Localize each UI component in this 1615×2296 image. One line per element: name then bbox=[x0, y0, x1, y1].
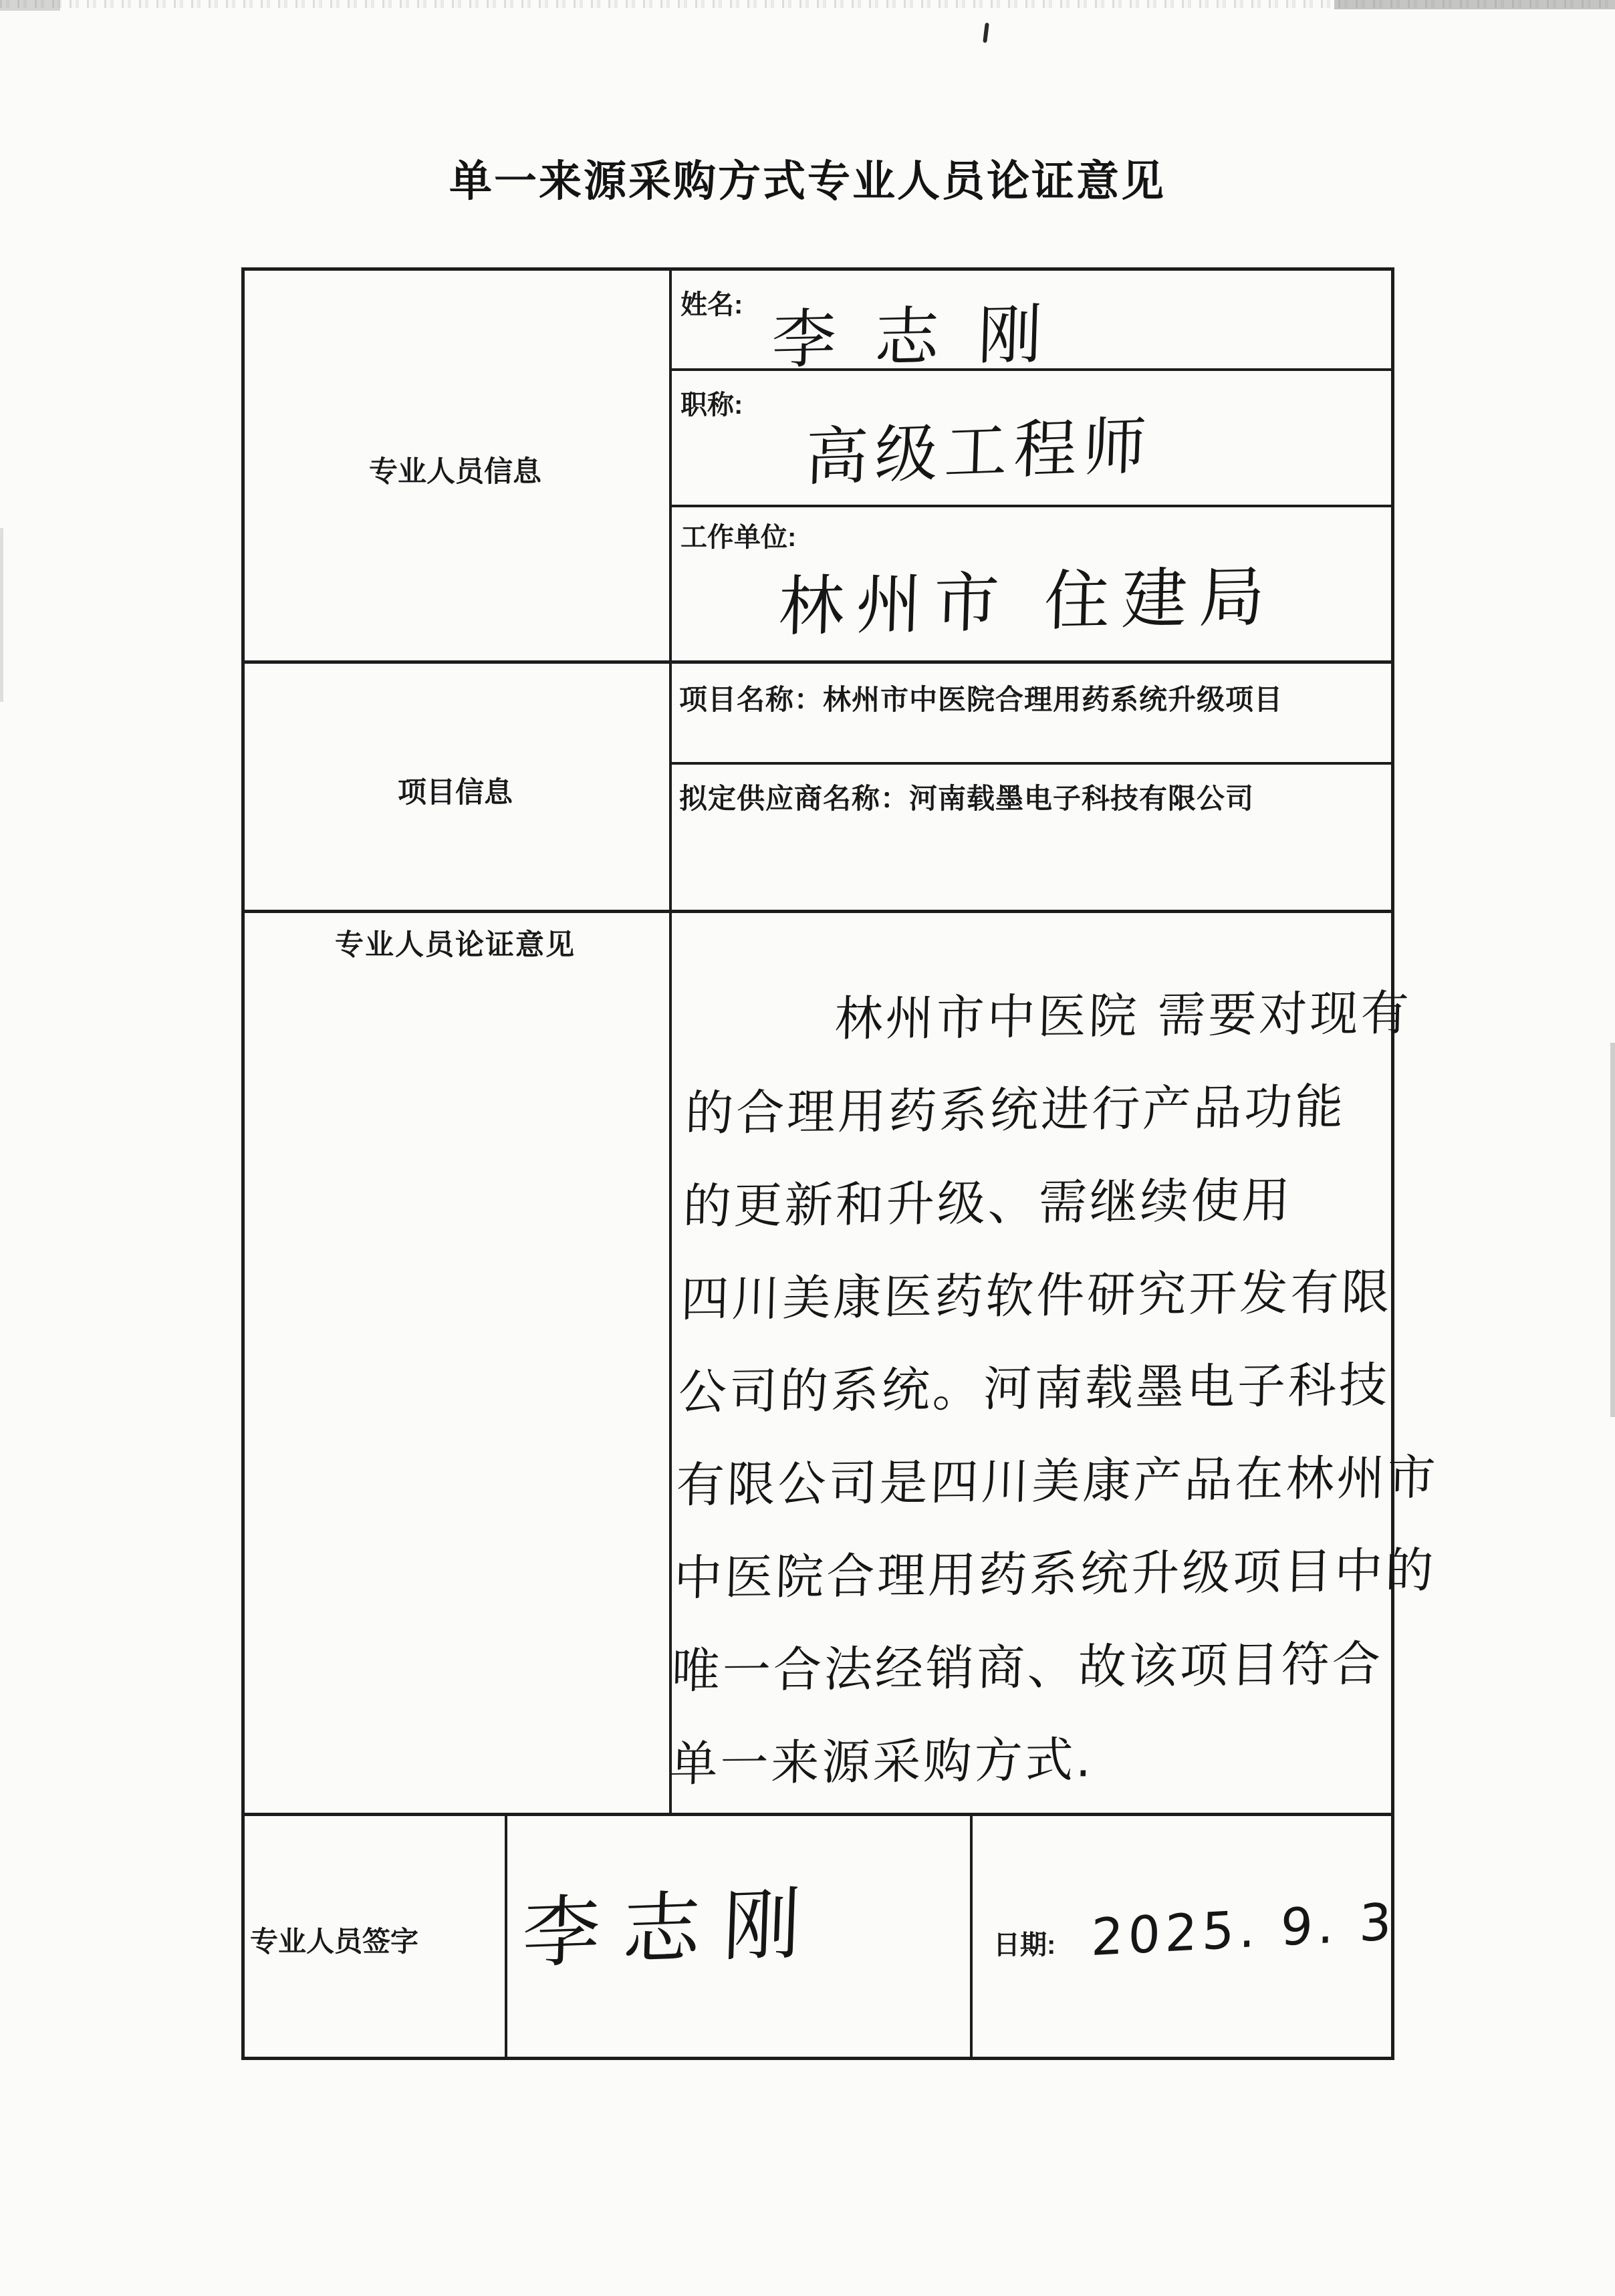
project-name-line: 项目名称：林州市中医院合理用药系统升级项目 bbox=[679, 678, 1388, 718]
supplier-value: 河南载墨电子科技有限公司 bbox=[909, 783, 1254, 814]
divider-opinion-signature bbox=[241, 1813, 1394, 1816]
divider-signature-label-cell bbox=[505, 1813, 507, 2060]
scan-artifact-top-left-smudge bbox=[0, 0, 60, 11]
opinion-handwritten-text: 林州市中医院 需要对现有 的合理用药系统进行产品功能 的更新和升级、需继续使用 … bbox=[668, 967, 1411, 1811]
opinion-line: 唯一合法经销商、故该项目符合 bbox=[670, 1617, 1394, 1717]
divider-personnel-project bbox=[241, 660, 1394, 664]
document-title: 单一来源采购方式专业人员论证意见 bbox=[0, 147, 1615, 209]
project-section-label: 项目信息 bbox=[241, 770, 669, 811]
divider-projectname-supplier bbox=[670, 762, 1394, 765]
project-name-value: 林州市中医院合理用药系统升级项目 bbox=[823, 684, 1283, 715]
scan-artifact-right-streak bbox=[1610, 1043, 1615, 1417]
opinion-line: 的更新和升级、需继续使用 bbox=[682, 1152, 1406, 1253]
supplier-line: 拟定供应商名称：河南载墨电子科技有限公司 bbox=[679, 777, 1388, 817]
workunit-field-label: 工作单位: bbox=[680, 516, 796, 554]
opinion-line: 有限公司是四川美康产品在林州市 bbox=[675, 1431, 1399, 1531]
name-field-label: 姓名: bbox=[680, 283, 743, 322]
opinion-line: 中医院合理用药系统升级项目中的 bbox=[673, 1524, 1397, 1624]
date-field-label: 日期: bbox=[993, 1924, 1055, 1962]
divider-jobtitle-workunit bbox=[670, 505, 1394, 507]
opinion-line: 林州市中医院 需要对现有 bbox=[687, 967, 1410, 1067]
scanned-form-page: 单一来源采购方式专业人员论证意见 专业人员信息 姓名: 李志刚 职称: 高级工程… bbox=[0, 0, 1615, 2296]
divider-signature-date-cell bbox=[970, 1813, 973, 2060]
divider-main-column bbox=[669, 267, 672, 1815]
scan-artifact-left-streak bbox=[0, 528, 3, 702]
jobtitle-handwritten-value: 高级工程师 bbox=[804, 395, 1154, 497]
opinion-section-label: 专业人员论证意见 bbox=[248, 922, 662, 963]
scan-artifact-top-right-smudge bbox=[1334, 0, 1615, 9]
opinion-line: 公司的系统。河南载墨电子科技 bbox=[677, 1338, 1401, 1438]
name-handwritten-value: 李志刚 bbox=[771, 283, 1082, 381]
signature-field-label: 专业人员签字 bbox=[250, 1920, 504, 1960]
scan-artifact-ink-tick bbox=[983, 23, 989, 43]
opinion-line: 单一来源采购方式. bbox=[668, 1710, 1392, 1810]
signature-handwritten-value: 李志刚 bbox=[521, 1861, 826, 1983]
workunit-handwritten-value: 林州市 住建局 bbox=[777, 544, 1278, 649]
personnel-section-label: 专业人员信息 bbox=[241, 449, 669, 490]
opinion-line: 四川美康医药软件研究开发有限 bbox=[680, 1245, 1404, 1346]
project-name-label: 项目名称： bbox=[679, 684, 823, 715]
jobtitle-field-label: 职称: bbox=[680, 384, 743, 422]
opinion-line: 的合理用药系统进行产品功能 bbox=[685, 1059, 1408, 1160]
supplier-label: 拟定供应商名称： bbox=[679, 783, 909, 814]
divider-project-opinion bbox=[241, 910, 1394, 913]
